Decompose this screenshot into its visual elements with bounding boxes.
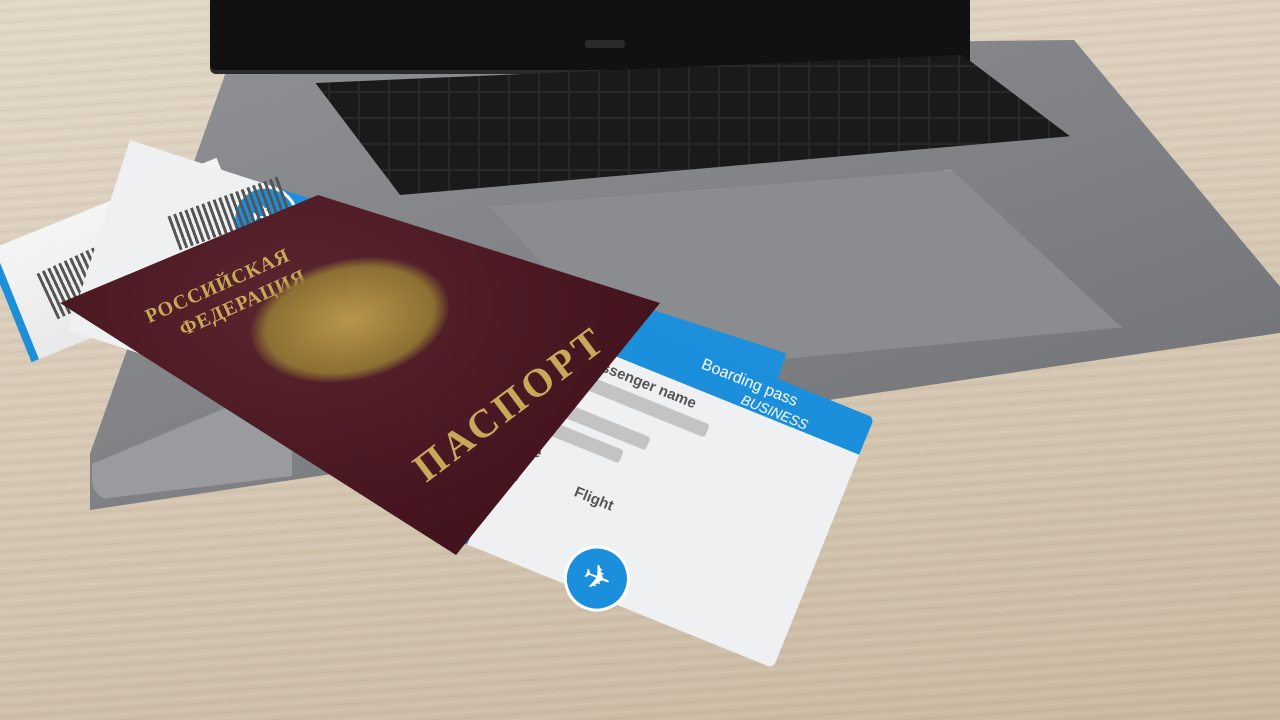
- plane-icon: ✈: [554, 536, 640, 622]
- field-flight: Flight: [572, 484, 616, 515]
- laptop-brand-label: [585, 40, 625, 48]
- laptop-screen: [210, 0, 970, 70]
